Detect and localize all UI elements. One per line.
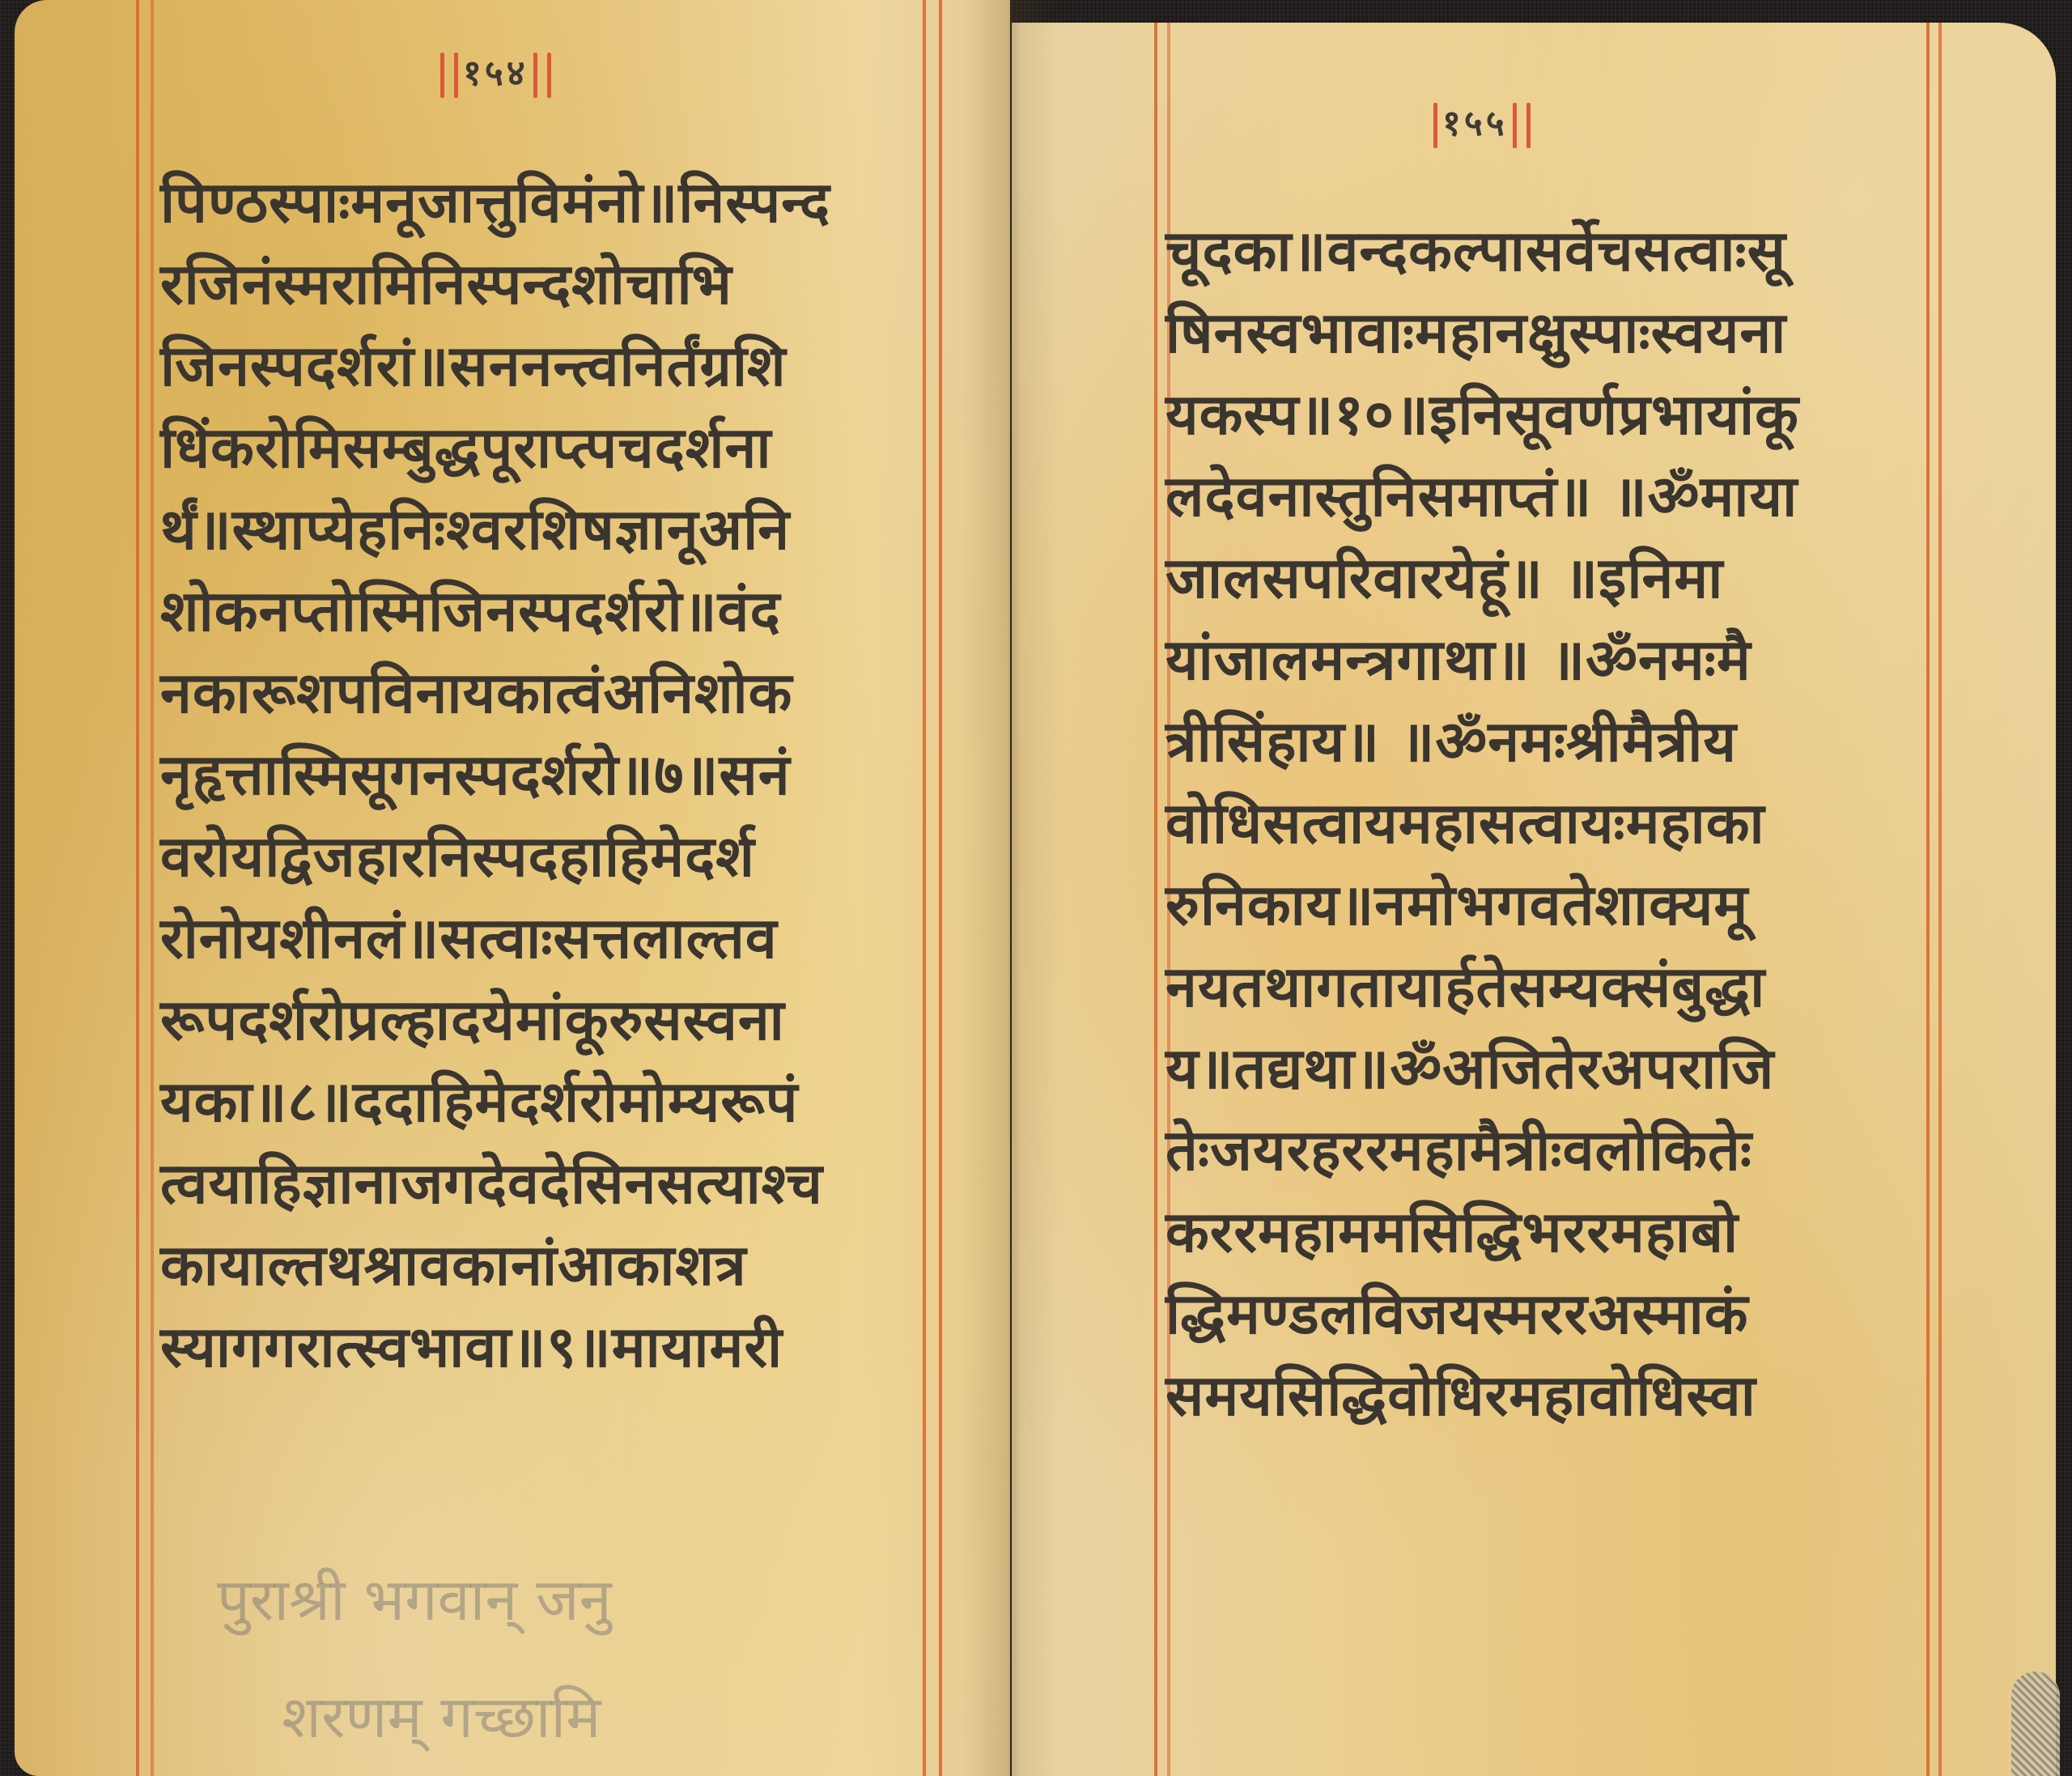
page-number: १५५ xyxy=(1429,97,1535,148)
text-line: षिनस्वभावाःमहानक्षुस्पाःस्वयना xyxy=(1165,292,1799,374)
text-line: कायाल्तथश्रावकानांआकाशत्र xyxy=(160,1225,830,1307)
text-line: नयतथागतायार्हतेसम्यक्संबुद्धा xyxy=(1165,946,1799,1028)
danda-mark xyxy=(547,53,551,98)
page-number: १५४ xyxy=(435,47,556,98)
danda-mark xyxy=(533,53,537,98)
danda-mark xyxy=(1433,103,1437,148)
text-line: वरोयद्विजहारनिस्पदहाहिमेदर्श xyxy=(160,816,830,898)
text-line: कररमहाममसिद्धिभररमहाबो xyxy=(1165,1192,1799,1273)
text-line: य॥तद्यथा॥ॐअजितेरअपराजि xyxy=(1165,1028,1799,1110)
text-line: त्रीसिंहाय॥ ॥ॐनमःश्रीमैत्रीय xyxy=(1165,701,1799,783)
pencil-annotation: पुराश्री भगवान् जनु xyxy=(217,1558,612,1638)
text-line: लदेवनास्तुनिसमाप्तं॥ ॥ॐमाया xyxy=(1165,456,1799,537)
right-page: १५५ चूदका॥वन्दकल्पासर्वेचसत्वाःसू षिनस्व… xyxy=(1012,23,2056,1776)
left-margin-rule-outer xyxy=(1154,23,1157,1776)
right-margin-rule-outer xyxy=(923,0,926,1776)
left-margin-rule-outer xyxy=(136,0,139,1776)
text-line: जिनस्पदर्शरां॥सननन्त्वनिर्तंग्रशि xyxy=(160,325,830,407)
text-line: चूदका॥वन्दकल्पासर्वेचसत्वाःसू xyxy=(1165,210,1799,292)
text-line: तेःजयरहररमहामैत्रीःवलोकितेः xyxy=(1165,1110,1799,1192)
text-line: यकस्प॥१०॥इनिसूवर्णप्रभायांकू xyxy=(1165,374,1799,456)
text-line: रजिनंस्मरामिनिस्पन्दशोचाभि xyxy=(160,244,830,325)
text-line: द्धिमण्डलविजयस्मररअस्माकं xyxy=(1165,1273,1799,1355)
page-number-text: १५५ xyxy=(1442,103,1508,144)
danda-mark xyxy=(454,53,458,98)
text-line: स्यागगरात्स्वभावा॥९॥मायामरी xyxy=(160,1307,830,1388)
right-margin-rule-inner xyxy=(1938,23,1942,1776)
binding-thread xyxy=(2011,1672,2060,1776)
danda-mark xyxy=(1513,103,1517,148)
text-line: र्थं॥स्थाप्येहनिःश्वरशिषज्ञानूअनि xyxy=(160,489,830,571)
text-line: पिण्ठस्पाःमनूजात्तुविमंनो॥निस्पन्द xyxy=(160,162,830,244)
text-line: नृहृत्तास्मिसूगनस्पदर्शरो॥७॥सनं xyxy=(160,734,830,816)
danda-mark xyxy=(440,53,444,98)
page-number-text: १५४ xyxy=(463,53,529,94)
pencil-annotation: शरणम् गच्छामि xyxy=(282,1676,601,1755)
text-line: रोनोयशीनलं॥सत्वाःसत्तलाल्तव xyxy=(160,898,830,979)
text-line: रूपदर्शरोप्रल्हादयेमांकूरुसस्वना xyxy=(160,979,830,1061)
text-line: यका॥८॥ददाहिमेदर्शरोमोम्यरूपं xyxy=(160,1061,830,1143)
danda-mark xyxy=(1526,103,1531,148)
right-margin-rule-inner xyxy=(939,0,942,1776)
text-line: धिंकरोमिसम्बुद्धपूराप्त्पचदर्शना xyxy=(160,407,830,489)
text-line: यांजालमन्त्रगाथा॥ ॥ॐनमःमै xyxy=(1165,619,1799,701)
text-line: नकारूशपविनायकात्वंअनिशोक xyxy=(160,652,830,734)
text-block: पिण्ठस्पाःमनूजात्तुविमंनो॥निस्पन्द रजिनं… xyxy=(160,162,830,1388)
text-line: शोकनप्तोस्मिजिनस्पदर्शरो॥वंद xyxy=(160,571,830,652)
left-page: १५४ पिण्ठस्पाःमनूजात्तुविमंनो॥निस्पन्द र… xyxy=(15,0,1010,1776)
text-block: चूदका॥वन्दकल्पासर्वेचसत्वाःसू षिनस्वभावा… xyxy=(1165,210,1799,1437)
text-line: वोधिसत्वायमहासत्वायःमहाका xyxy=(1165,783,1799,865)
text-line: त्वयाहिज्ञानाजगदेवदेसिनसत्याश्च xyxy=(160,1143,830,1225)
left-margin-rule-inner xyxy=(151,0,154,1776)
text-line: समयसिद्धिवोधिरमहावोधिस्वा xyxy=(1165,1355,1799,1437)
text-line: जालसपरिवारयेहूं॥ ॥इनिमा xyxy=(1165,537,1799,619)
text-line: रुनिकाय॥नमोभगवतेशाक्यमू xyxy=(1165,865,1799,946)
right-margin-rule-outer xyxy=(1926,23,1930,1776)
